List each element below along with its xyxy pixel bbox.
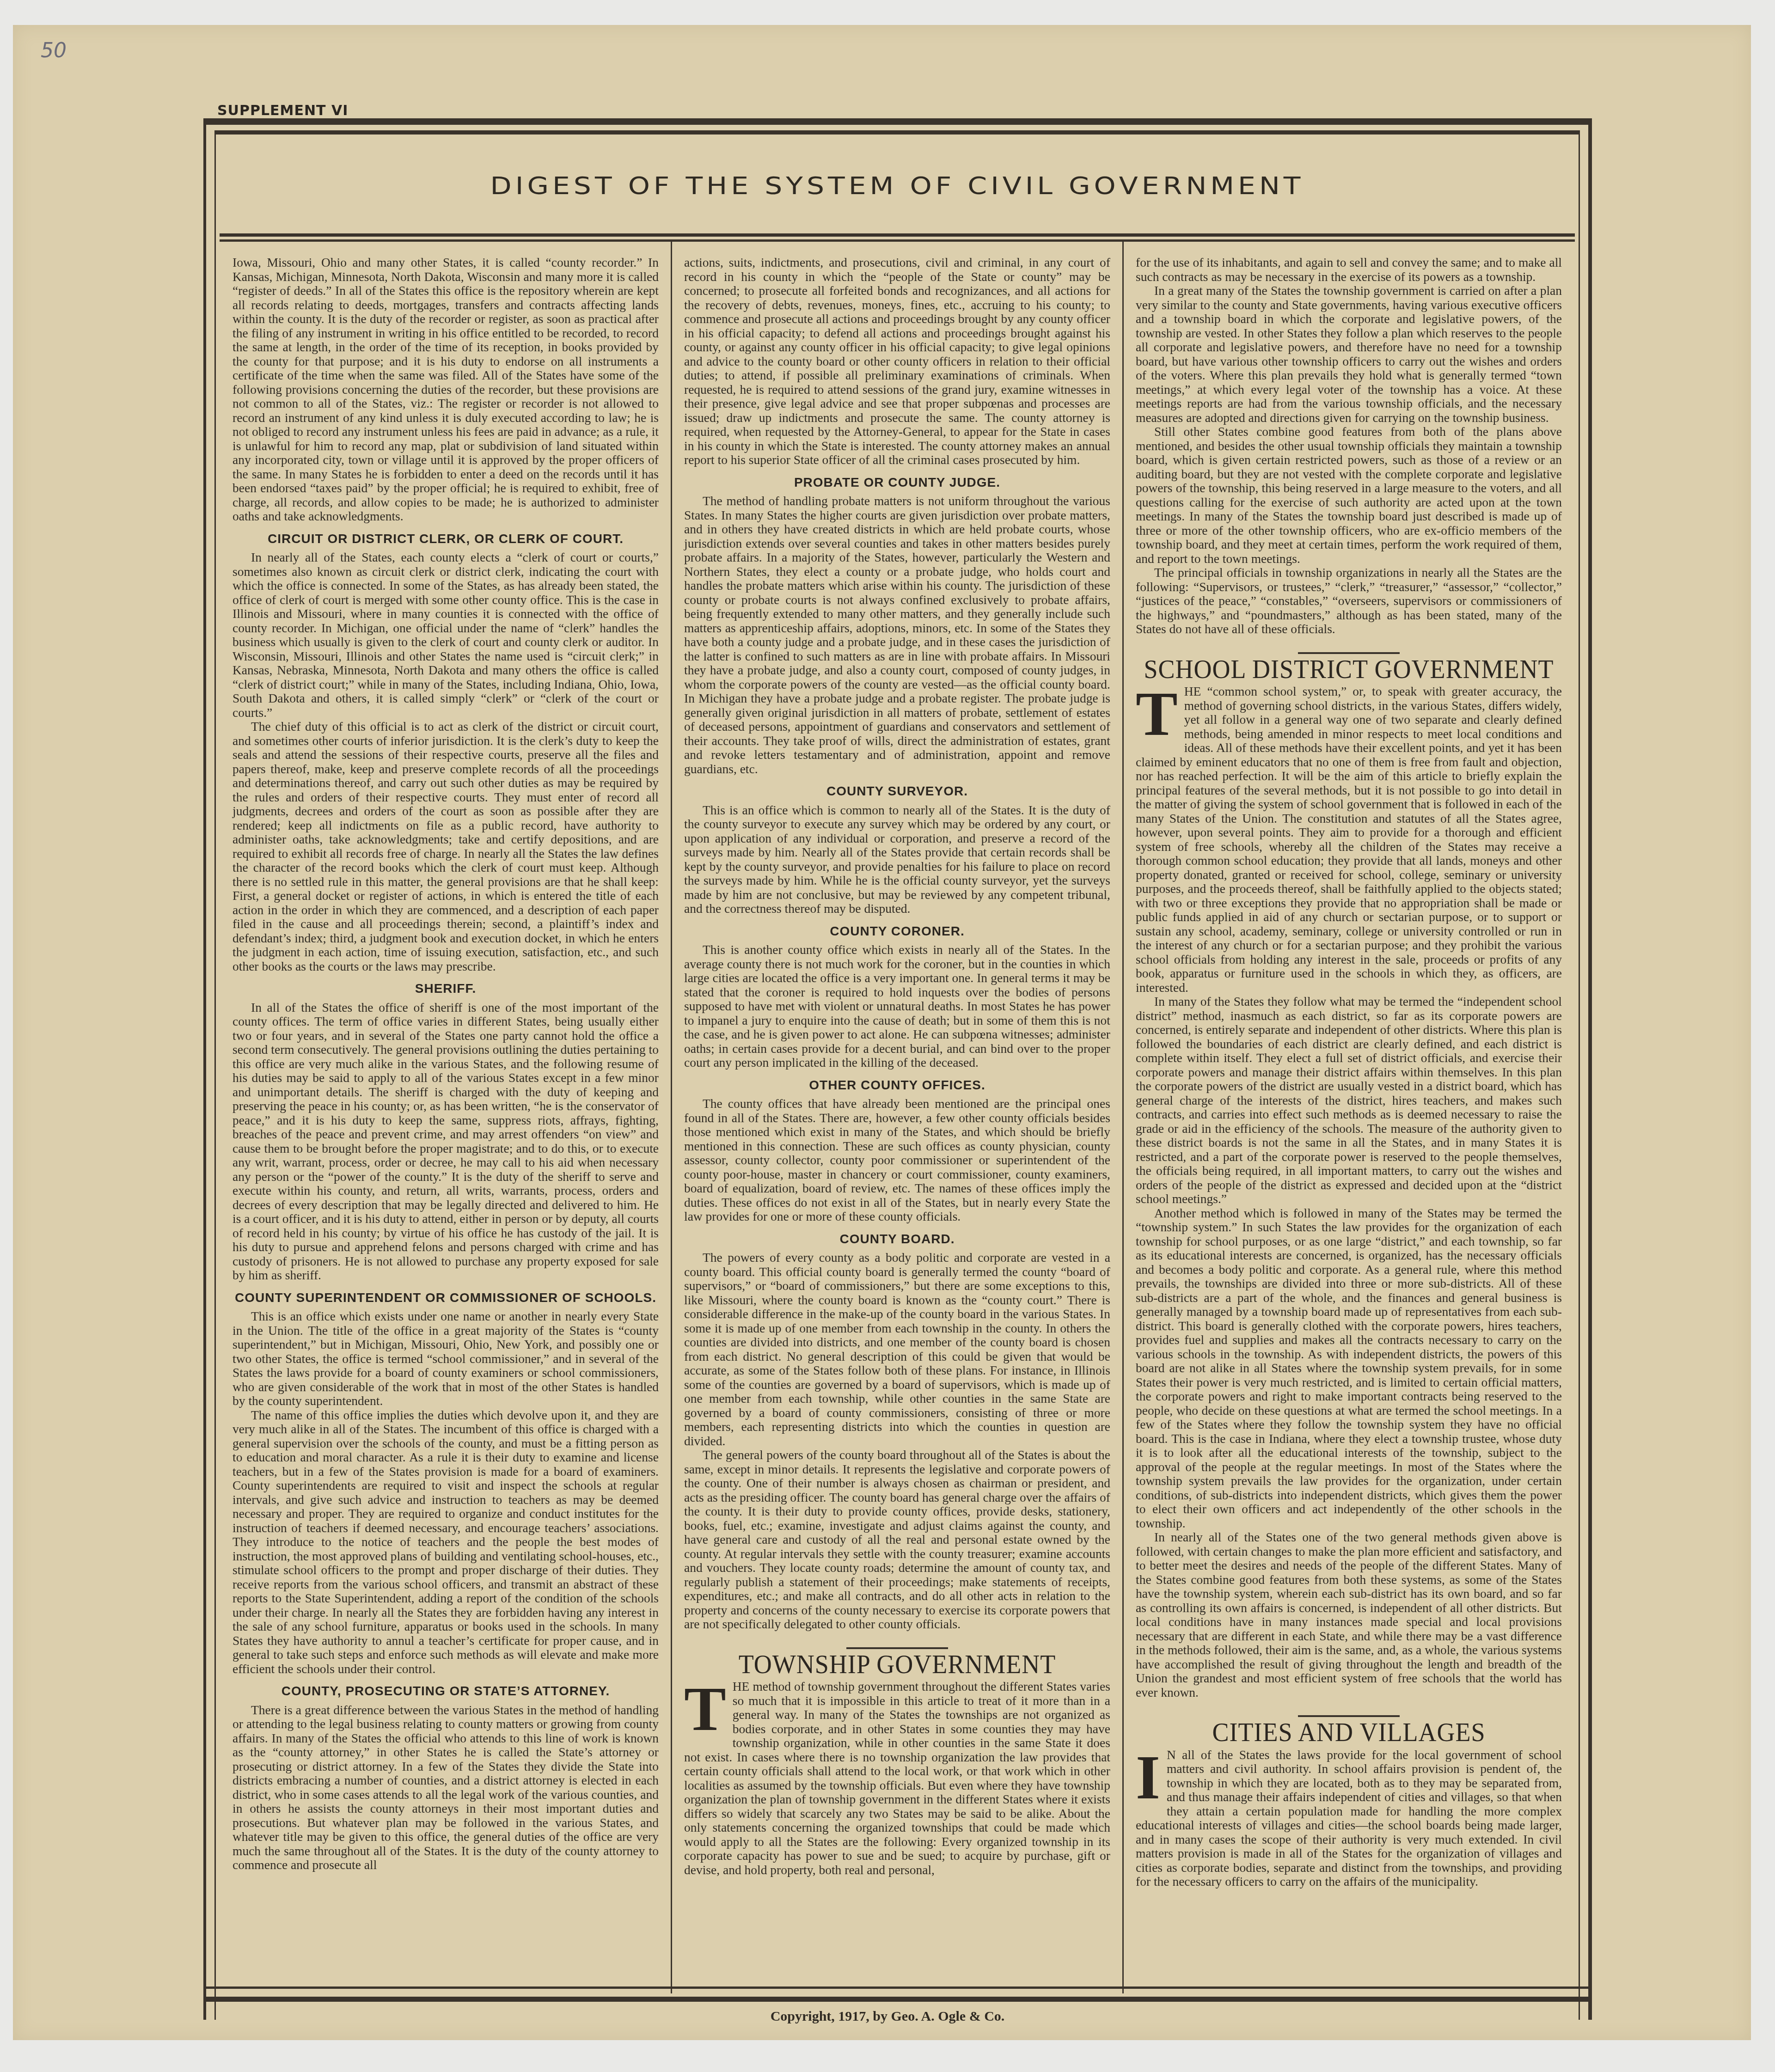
heading-probate-judge: PROBATE OR COUNTY JUDGE. [684, 476, 1110, 490]
paragraph: The chief duty of this official is to ac… [233, 720, 659, 973]
paragraph: In nearly all of the States one of the t… [1136, 1530, 1562, 1699]
column-1-intro: Iowa, Missouri, Ohio and many other Stat… [233, 256, 659, 524]
paragraph: The county offices that have already bee… [684, 1097, 1110, 1224]
township-text: HE method of township government through… [684, 1679, 1110, 1877]
dropcap-letter: T [684, 1681, 726, 1737]
heading-cities-and-villages: CITIES AND VILLAGES [1136, 1725, 1562, 1740]
heading-township-government: TOWNSHIP GOVERNMENT [684, 1657, 1110, 1672]
column-2: actions, suits, indictments, and prosecu… [671, 242, 1122, 1993]
digest-frame: DIGEST OF THE SYSTEM OF CIVIL GOVERNMENT… [203, 118, 1592, 2020]
bottom-thick-rule [203, 1997, 1592, 2002]
text-columns: Iowa, Missouri, Ohio and many other Stat… [216, 242, 1579, 1993]
column-1: Iowa, Missouri, Ohio and many other Stat… [220, 242, 671, 1993]
title-divider [220, 233, 1575, 242]
digest-inner-frame: DIGEST OF THE SYSTEM OF CIVIL GOVERNMENT… [214, 130, 1580, 2020]
heading-county-surveyor: COUNTY SURVEYOR. [684, 784, 1110, 799]
column-3-intro: for the use of its inhabitants, and agai… [1136, 256, 1562, 284]
section-divider [846, 1647, 948, 1649]
heading-county-attorney: COUNTY, PROSECUTING OR STATE’S ATTORNEY. [233, 1684, 659, 1699]
school-first-text: HE “common school system,” or, to speak … [1136, 684, 1562, 995]
column-3: for the use of its inhabitants, and agai… [1122, 242, 1574, 1993]
paragraph: In a great many of the States the townsh… [1136, 284, 1562, 425]
paragraph: The principal officials in township orga… [1136, 566, 1562, 636]
paragraph: The method of handling probate matters i… [684, 494, 1110, 776]
paragraph: In many of the States they follow what m… [1136, 995, 1562, 1206]
bottom-thin-rule [203, 1986, 1592, 1989]
cities-paragraph: IN all of the States the laws provide fo… [1136, 1748, 1562, 1889]
township-paragraph: THE method of township government throug… [684, 1680, 1110, 1877]
dropcap-letter: T [1136, 686, 1178, 742]
paragraph: The general powers of the county board t… [684, 1448, 1110, 1632]
heading-county-board: COUNTY BOARD. [684, 1232, 1110, 1247]
handwritten-page-number: 50 [41, 39, 67, 62]
paragraph: Still other States combine good features… [1136, 425, 1562, 566]
section-divider [1298, 652, 1400, 654]
school-first-paragraph: THE “common school system,” or, to speak… [1136, 685, 1562, 995]
paragraph: This is another county office which exis… [684, 943, 1110, 1070]
paragraph: There is a great difference between the … [233, 1703, 659, 1872]
paragraph: This is an office which exists under one… [233, 1309, 659, 1408]
heading-sheriff: SHERIFF. [233, 982, 659, 996]
heading-circuit-clerk: CIRCUIT OR DISTRICT CLERK, OR CLERK OF C… [233, 532, 659, 546]
paragraph: In nearly all of the States, each county… [233, 550, 659, 720]
paragraph: Another method which is followed in many… [1136, 1206, 1562, 1531]
heading-county-superintendent: COUNTY SUPERINTENDENT OR COMMISSIONER OF… [233, 1291, 659, 1305]
section-divider [1298, 1715, 1400, 1717]
supplement-label: SUPPLEMENT VI [217, 103, 348, 119]
paragraph: In all of the States the office of sheri… [233, 1001, 659, 1283]
paragraph: The name of this office implies the duti… [233, 1408, 659, 1676]
heading-other-county-offices: OTHER COUNTY OFFICES. [684, 1078, 1110, 1093]
paragraph: This is an office which is common to nea… [684, 803, 1110, 916]
page-title: DIGEST OF THE SYSTEM OF CIVIL GOVERNMENT [216, 158, 1579, 210]
copyright-notice: Copyright, 1917, by Geo. A. Ogle & Co. [0, 2009, 1775, 2024]
cities-text: N all of the States the laws provide for… [1136, 1748, 1562, 1889]
heading-school-district-government: SCHOOL DISTRICT GOVERNMENT [1136, 662, 1562, 677]
paragraph: The powers of every county as a body pol… [684, 1251, 1110, 1448]
dropcap-letter: I [1136, 1750, 1160, 1805]
heading-county-coroner: COUNTY CORONER. [684, 924, 1110, 939]
column-2-intro: actions, suits, indictments, and prosecu… [684, 256, 1110, 467]
